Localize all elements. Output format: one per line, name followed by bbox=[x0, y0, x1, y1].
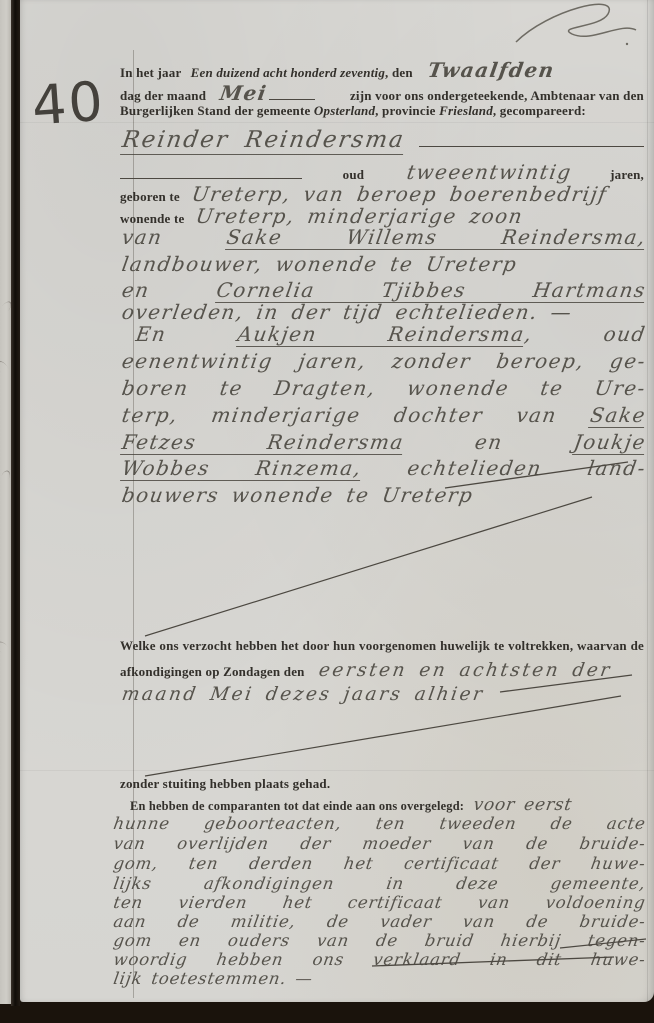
closing-hw-line: gom, ten derden het certificaat der huwe… bbox=[112, 854, 647, 874]
groom-father-line-2: landbouwer, wonende te Ureterp bbox=[120, 251, 648, 277]
bride-born-line: boren te Dragten, wonende te Ure- bbox=[120, 375, 648, 401]
hw-text: echtelieden land- bbox=[406, 456, 648, 480]
pencil-guide-line bbox=[20, 770, 654, 771]
print-text: , den bbox=[385, 65, 413, 80]
bride-mother-name-2: Wobbes Rinzema, bbox=[120, 456, 364, 481]
paraph-squiggle-icon bbox=[508, 0, 653, 60]
groom-name-line: Reinder Reindersma bbox=[120, 126, 644, 155]
groom-name: Reinder Reindersma bbox=[120, 126, 407, 155]
print-italic-province: Friesland bbox=[439, 103, 493, 118]
filler-dash bbox=[419, 134, 645, 147]
page-edge-line bbox=[647, 0, 648, 1001]
closing-hw-line: gom en ouders van de bruid hierbij tegen… bbox=[112, 931, 647, 951]
diagonal-stroke-2 bbox=[145, 696, 621, 776]
bride-daughter-line: terp, minderjarige dochter van Sake bbox=[120, 402, 648, 428]
banns-print-line-2: afkondigingen op Zondagen den eersten en… bbox=[120, 659, 644, 683]
bride-age-line: eenentwintig jaren, zonder beroep, ge- bbox=[120, 348, 648, 374]
hw-text: en bbox=[473, 430, 505, 454]
banns-print-line-1: Welke ons verzocht hebben het door hun v… bbox=[120, 638, 644, 654]
closing-print-line-2: En hebben de comparanten tot dat einde a… bbox=[120, 795, 644, 815]
closing-hw-line-last: lijk toetestemmen. — bbox=[112, 969, 647, 989]
print-text: , gecompareerd: bbox=[493, 103, 586, 118]
banns-month-hw: maand Mei dezes jaars alhier bbox=[120, 683, 648, 707]
closing-hw-line: hunne geboorteacten, ten tweeden de acte bbox=[112, 814, 647, 834]
groom-father-name: Sake Willems Reindersma, bbox=[225, 225, 648, 250]
hw-text: terp, minderjarige dochter van bbox=[120, 403, 559, 427]
intro-line-3: Burgerlijken Stand der gemeente Opsterla… bbox=[120, 103, 644, 119]
print-italic-municipality: Opsterland bbox=[314, 103, 375, 118]
bride-mother-name-1: Joukje bbox=[572, 430, 648, 455]
groom-father-line: van Sake Willems Reindersma, bbox=[120, 224, 648, 250]
filler-dash bbox=[120, 166, 302, 179]
print-text: , provincie bbox=[375, 103, 435, 118]
closing-hw-line: lijks afkondigingen in deze gemeente, bbox=[112, 874, 647, 894]
closing-print-line-1: zonder stuiting hebben plaats gehad. bbox=[120, 776, 644, 792]
print-text: In het jaar bbox=[120, 65, 181, 80]
pencil-guide-line bbox=[20, 122, 654, 123]
hw-text: , oud bbox=[523, 322, 648, 346]
print-text: zijn voor ons ondergeteekende, Ambtenaar… bbox=[350, 88, 644, 104]
hw-text: van bbox=[120, 225, 164, 249]
closing-hw-line: ten vierden het certificaat van voldoeni… bbox=[112, 893, 647, 913]
act-number: 40 bbox=[30, 70, 107, 138]
bride-name: Aukjen Reindersma bbox=[236, 322, 527, 347]
print-text: dag der maand bbox=[120, 88, 206, 104]
facing-page-edge bbox=[0, 0, 11, 1004]
filler-dash bbox=[269, 90, 315, 100]
print-text: Burgerlijken Stand der gemeente bbox=[120, 103, 310, 118]
bride-residence-line: bouwers wonende te Ureterp bbox=[120, 482, 648, 508]
closing-hw-line: aan de militie, de vader van de bruide- bbox=[112, 912, 647, 932]
print-text: En hebben de comparanten tot dat einde a… bbox=[120, 799, 464, 814]
bride-name-line: En Aukjen Reindersma, oud bbox=[120, 321, 648, 347]
bride-father-name-1: Sake bbox=[588, 403, 648, 428]
bride-parents-line: Fetzes Reindersma en Joukje bbox=[120, 429, 648, 455]
hw-text: En bbox=[134, 322, 168, 346]
diagonal-stroke-1 bbox=[145, 497, 592, 636]
document-page: 40 In het jaar Een duizend acht honderd … bbox=[20, 0, 654, 1002]
closing-hw-line: van overlijden der moeder van de bruide- bbox=[112, 834, 647, 854]
print-italic-year: Een duizend acht honderd zeventig bbox=[191, 65, 385, 80]
banns-dates-hw: eersten en achtsten der bbox=[317, 659, 614, 683]
bride-mother-line: Wobbes Rinzema, echtelieden land- bbox=[120, 455, 648, 481]
hw-voor-eerst: voor eerst bbox=[472, 795, 574, 815]
closing-hw-line: woordig hebben ons verklaard in dit huwe… bbox=[112, 950, 647, 970]
book-gutter-shadow bbox=[11, 0, 20, 1006]
bride-father-name-2: Fetzes Reindersma bbox=[120, 430, 406, 455]
print-text: afkondigingen op Zondagen den bbox=[120, 664, 305, 680]
